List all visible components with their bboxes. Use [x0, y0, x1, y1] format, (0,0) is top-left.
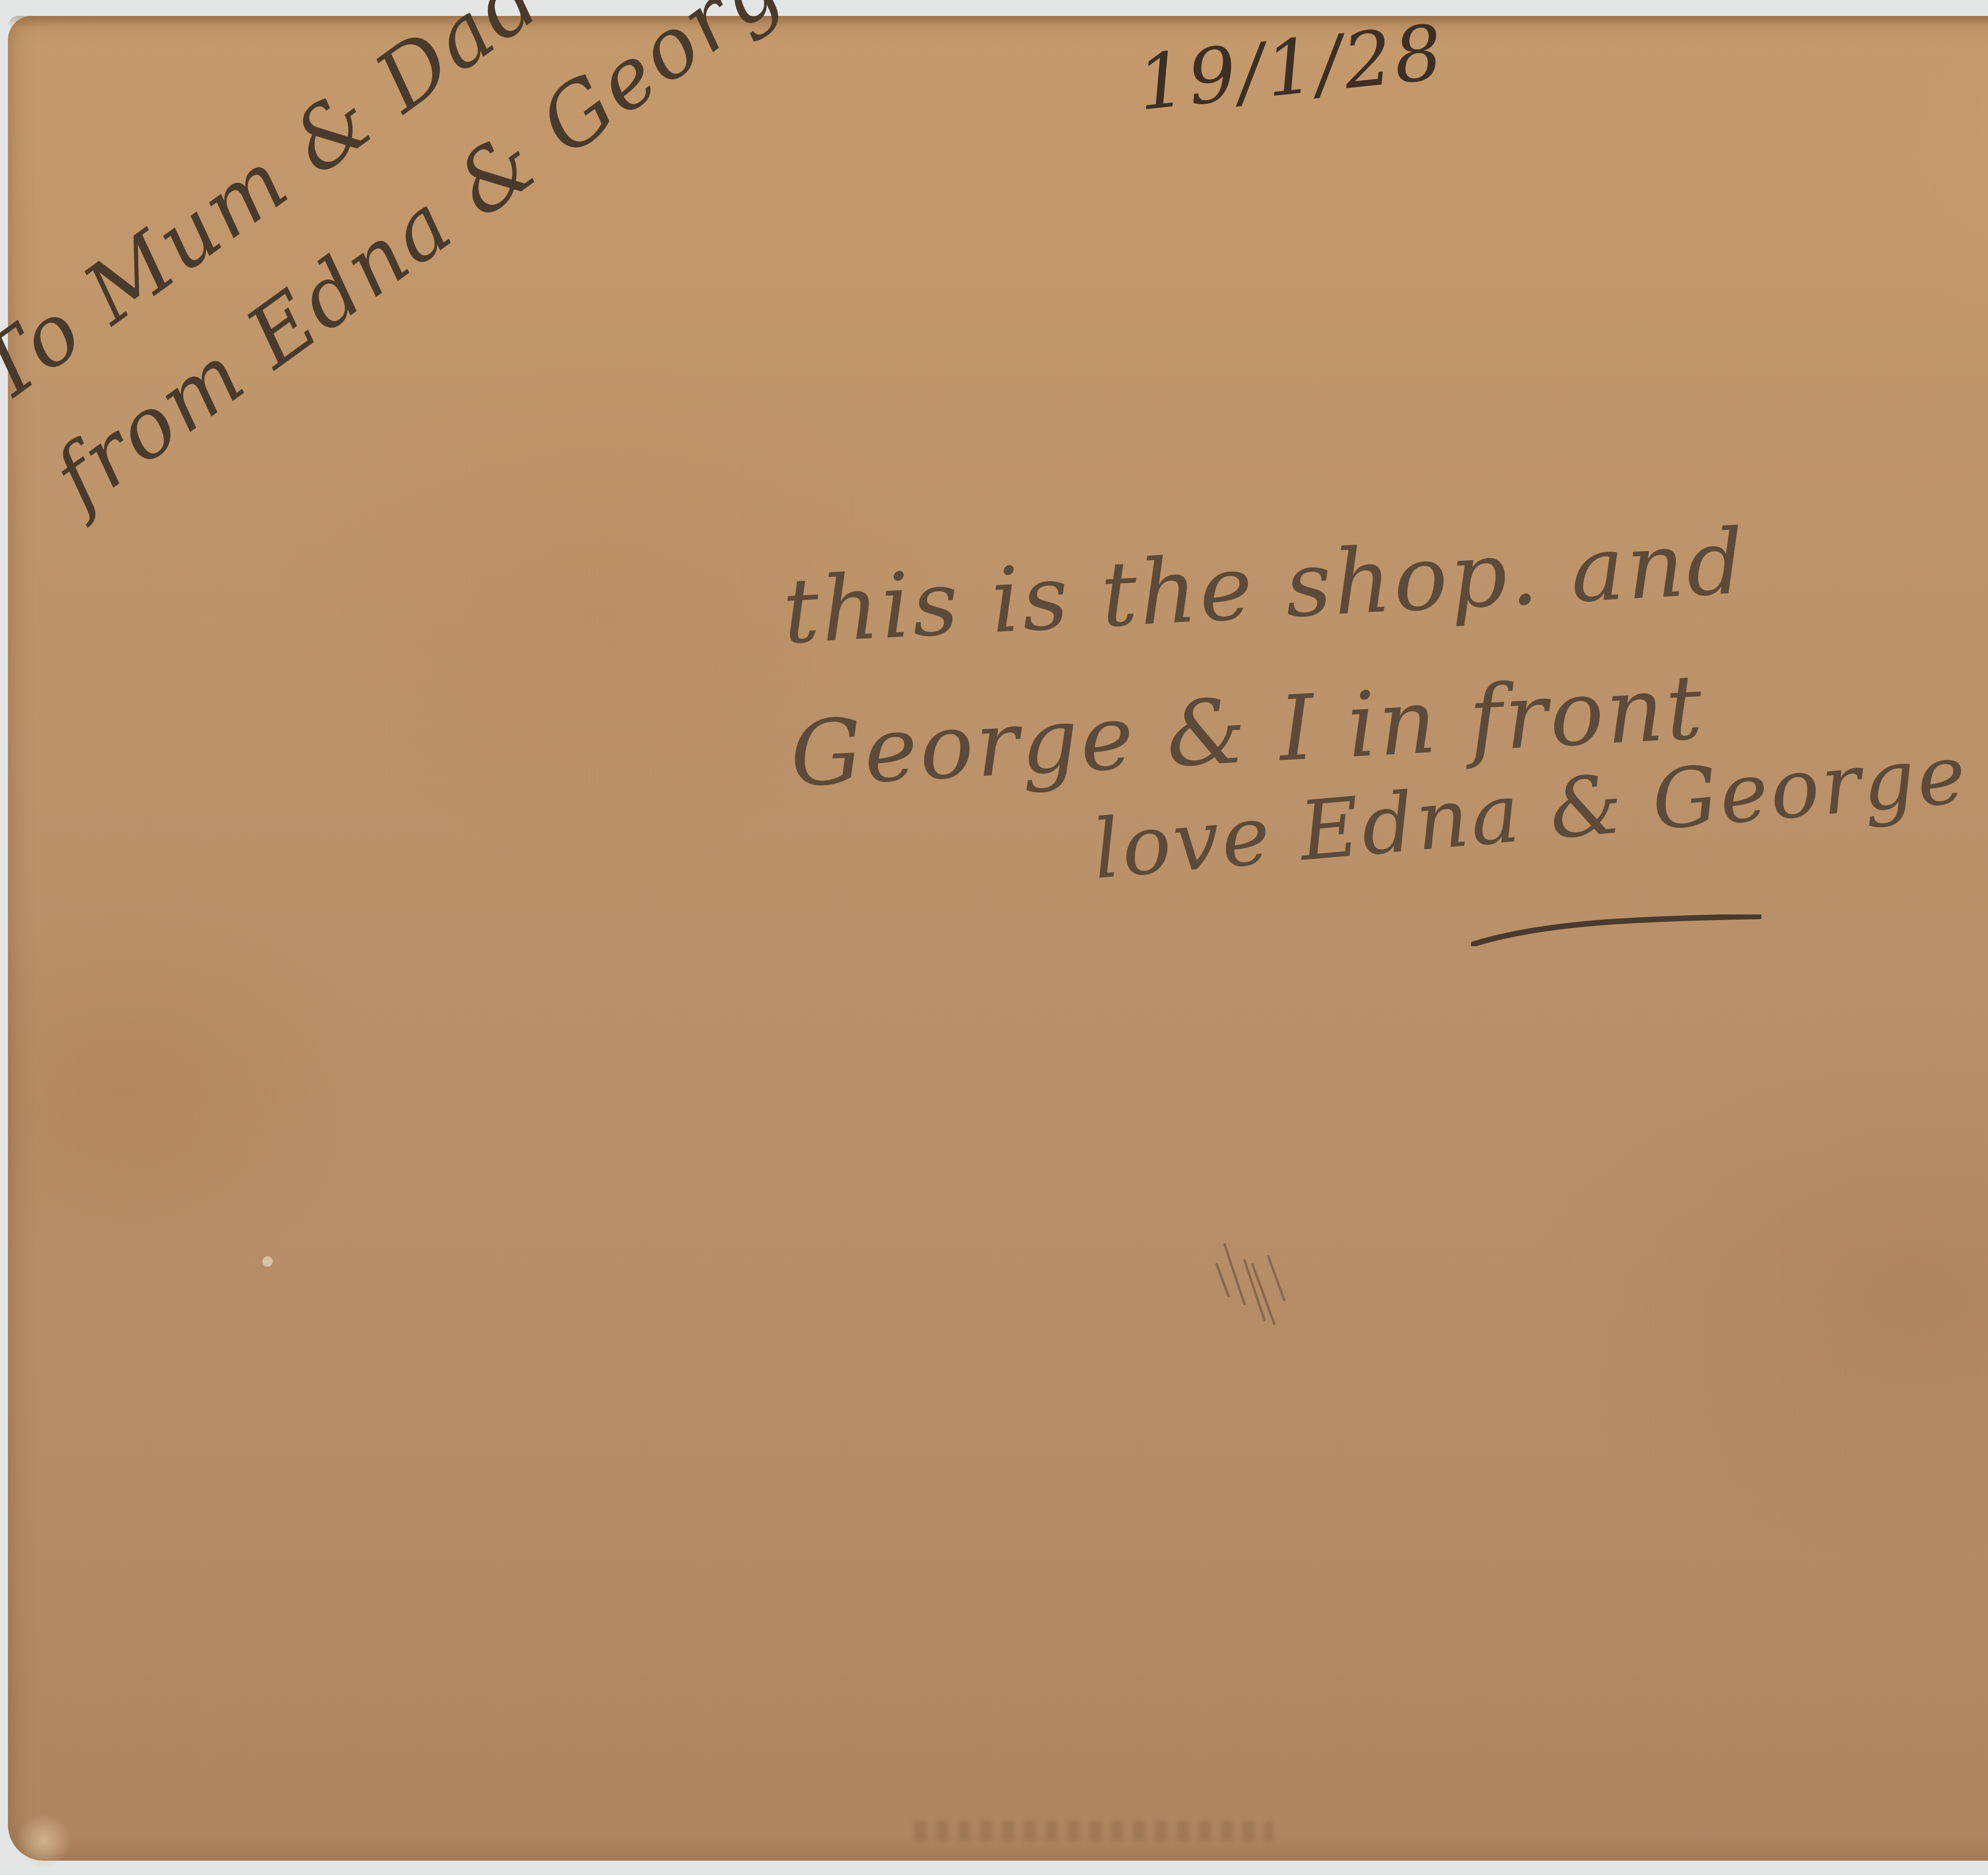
pin-hole-left: [262, 1256, 273, 1267]
signature-underline: [1471, 914, 1761, 946]
ink-smudge-mark: [1201, 1217, 1320, 1336]
corner-wear-bottom-left: [16, 1813, 72, 1869]
card-top-edge: [8, 16, 1988, 28]
faded-stamp-impression: [914, 1821, 1272, 1841]
